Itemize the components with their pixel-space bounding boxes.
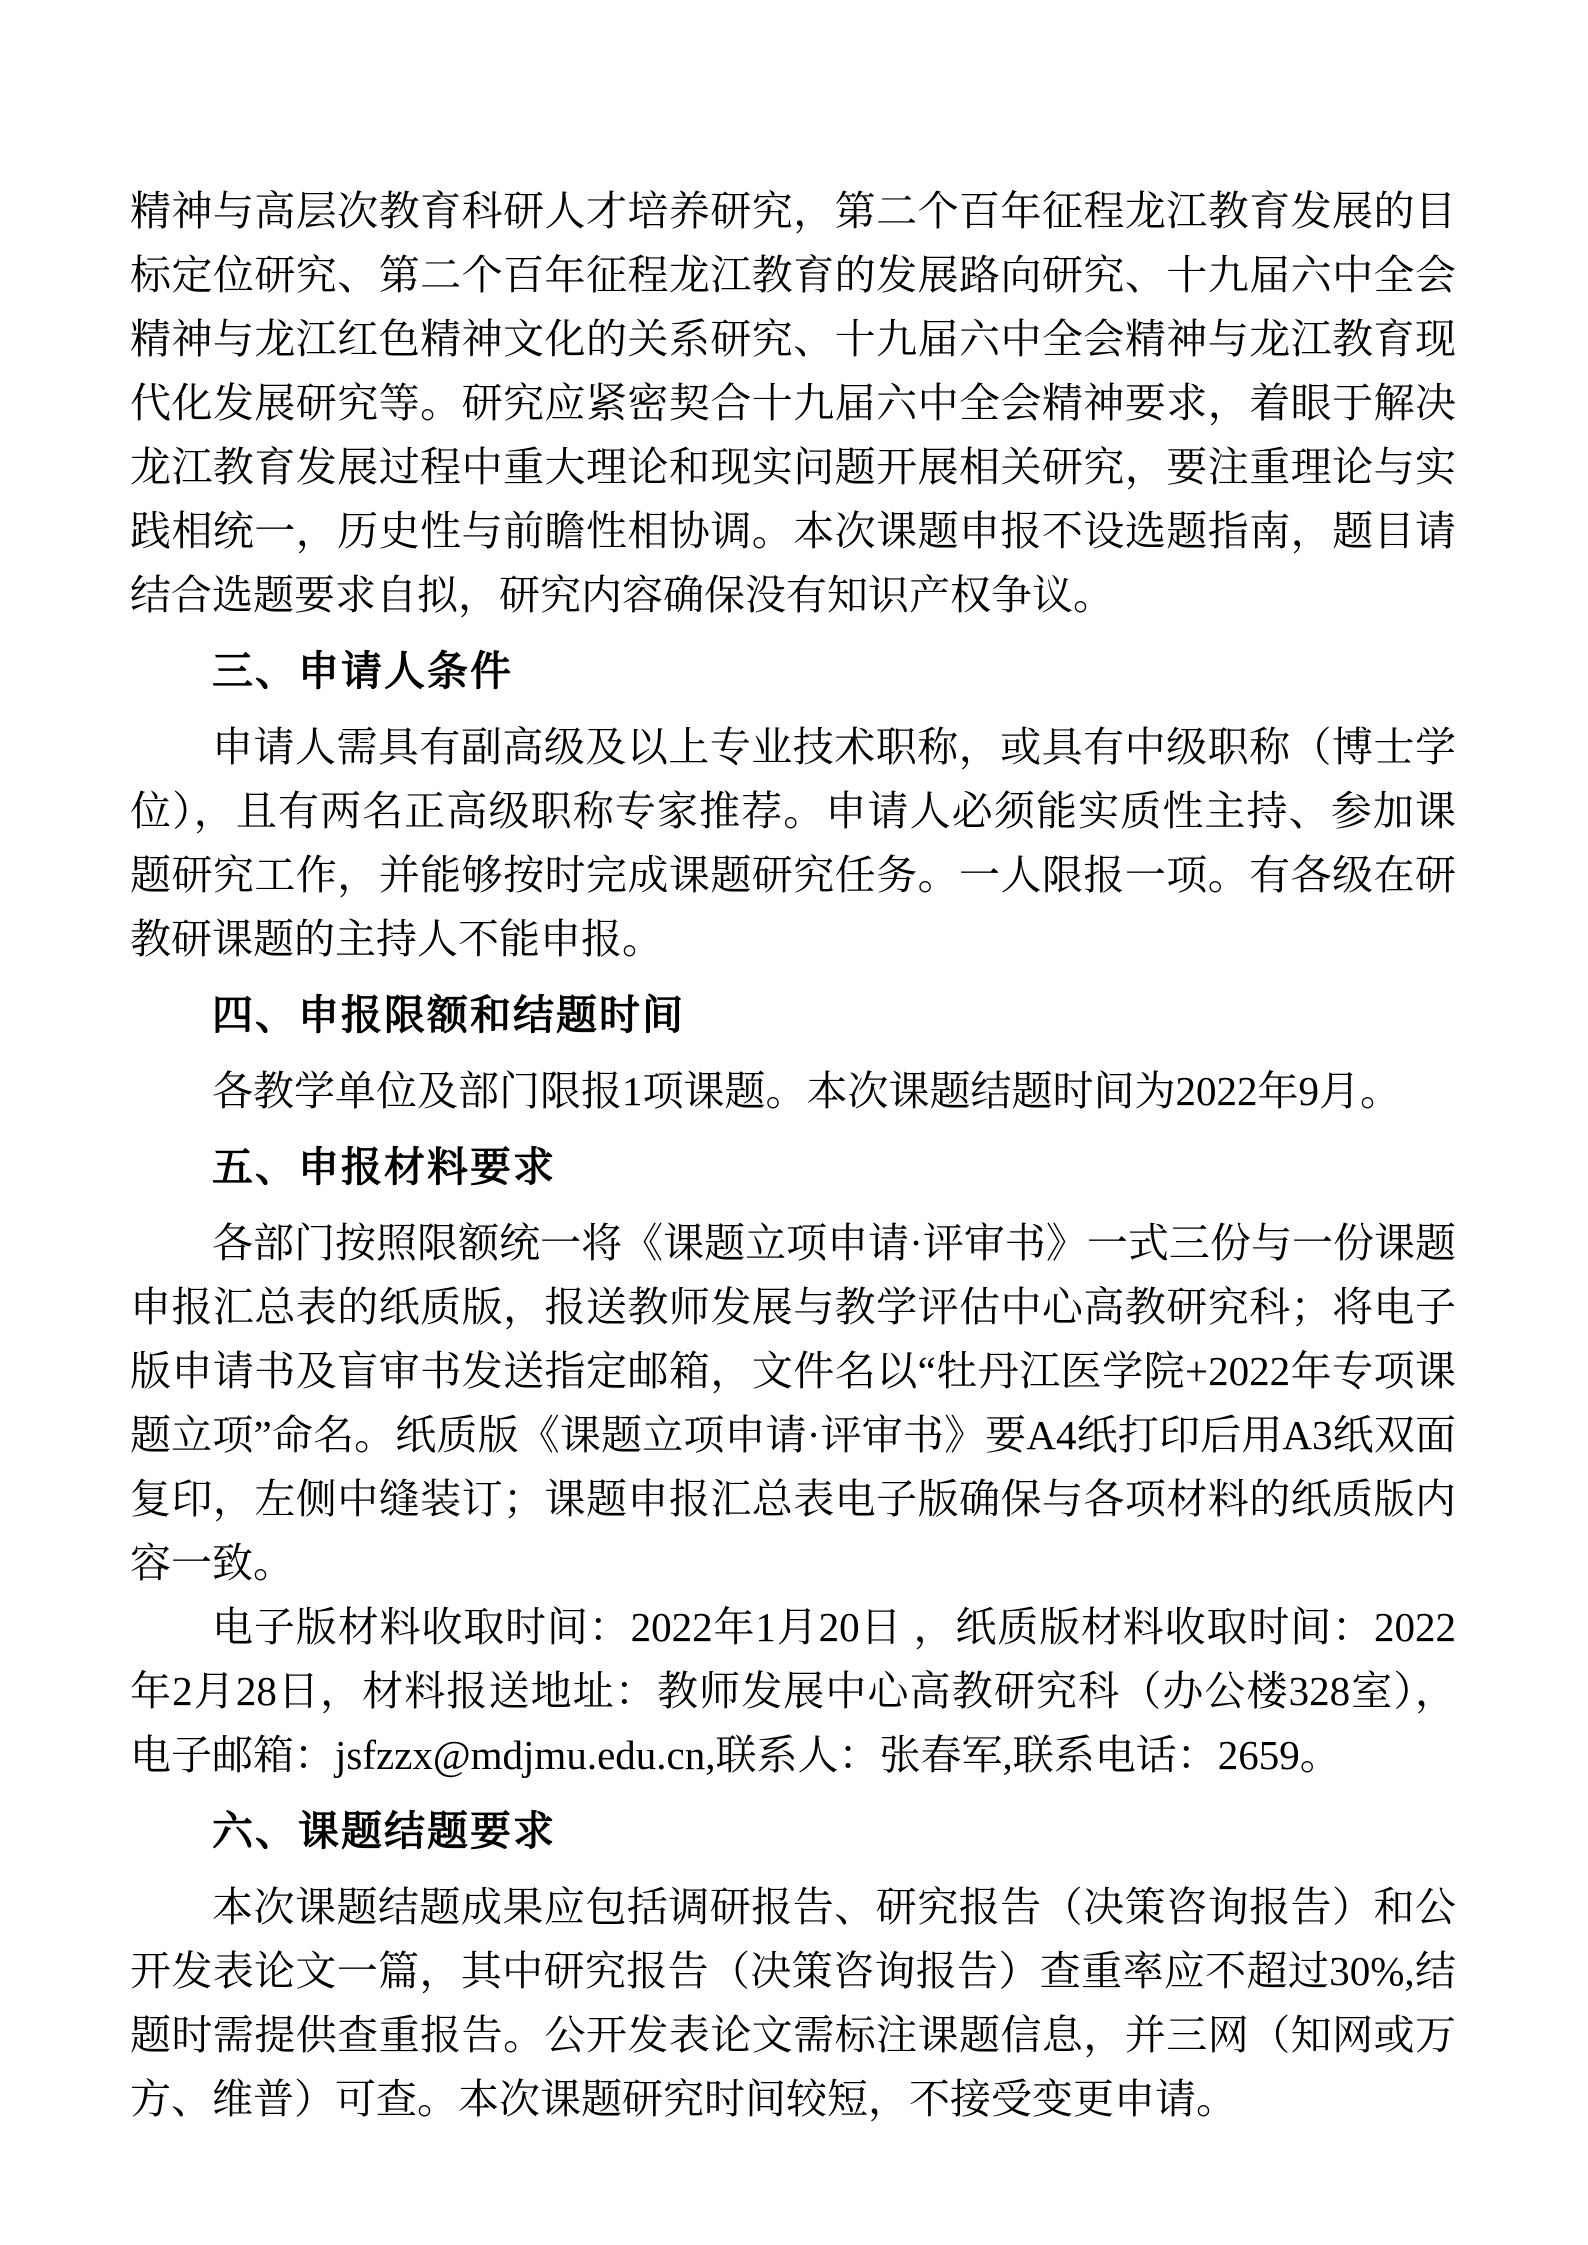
document-page: 精神与高层次教育科研人才培养研究，第二个百年征程龙江教育发展的目标定位研究、第二… [0, 0, 1588, 2245]
section-heading-completion-requirements: 六、课题结题要求 [130, 1799, 1456, 1863]
section-heading-applicant-conditions: 三、申请人条件 [130, 639, 1456, 703]
paragraph-applicant-conditions: 申请人需具有副高级及以上专业技术职称，或具有中级职称（博士学位），且有两名正高级… [130, 715, 1456, 971]
paragraph-application-materials: 各部门按照限额统一将《课题立项申请·评审书》一式三份与一份课题申报汇总表的纸质版… [130, 1211, 1456, 1595]
paragraph-selection-topics-continued: 精神与高层次教育科研人才培养研究，第二个百年征程龙江教育发展的目标定位研究、第二… [130, 179, 1456, 627]
document-content: 精神与高层次教育科研人才培养研究，第二个百年征程龙江教育发展的目标定位研究、第二… [130, 179, 1456, 2131]
section-heading-application-materials: 五、申报材料要求 [130, 1135, 1456, 1199]
paragraph-quota-and-deadline: 各教学单位及部门限报1项课题。本次课题结题时间为2022年9月。 [130, 1059, 1456, 1123]
section-heading-quota-and-deadline: 四、申报限额和结题时间 [130, 983, 1456, 1047]
paragraph-submission-contact-info: 电子版材料收取时间：2022年1月20日 ，纸质版材料收取时间：2022年2月2… [130, 1595, 1456, 1787]
paragraph-completion-requirements: 本次课题结题成果应包括调研报告、研究报告（决策咨询报告）和公开发表论文一篇，其中… [130, 1875, 1456, 2131]
